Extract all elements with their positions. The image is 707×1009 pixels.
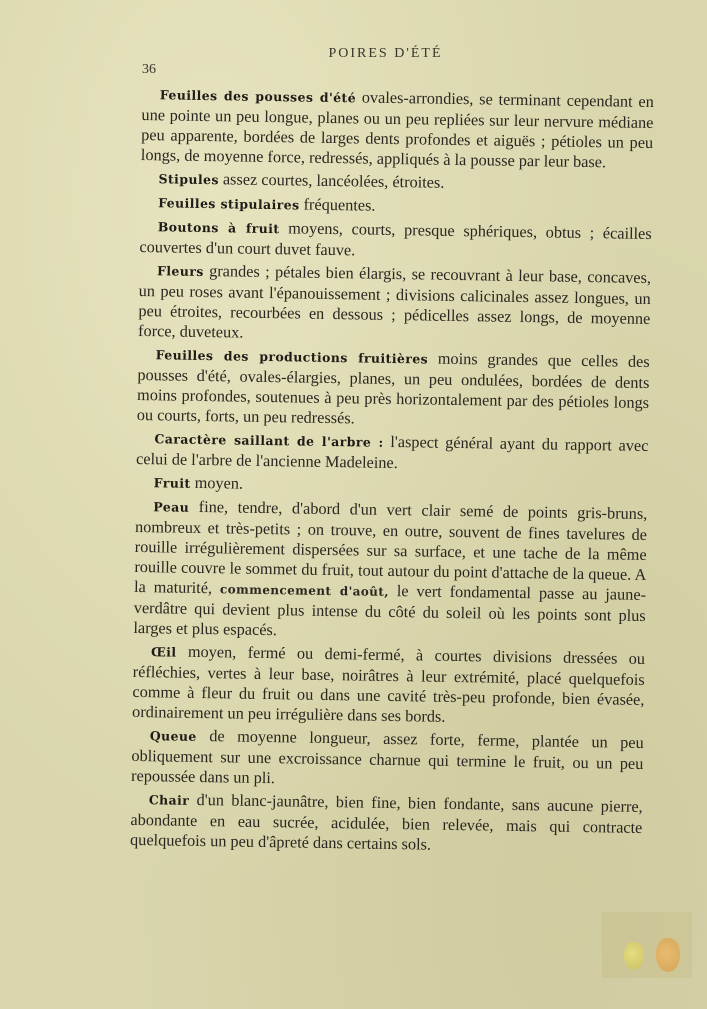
paragraph-text: fréquentes. [299,194,375,214]
paragraph-text: moyen, fermé ou demi-fermé, à courtes di… [132,642,645,726]
paragraph-feuilles-pousses: Feuilles des pousses d'été ovales-arrond… [141,84,654,173]
paragraph-boutons: Boutons à fruit moyens, courts, presque … [139,216,652,265]
emphasis-date: commencement d'août, [220,582,389,599]
term-label: Peau [153,499,189,515]
paragraph-text: moyen. [190,473,243,493]
scanned-book-page: POIRES D'ÉTÉ 36 Feuilles des pousses d'é… [0,0,707,1009]
paragraph-text: grandes ; pétales bien élargis, se recou… [138,261,651,342]
term-label: Fleurs [157,263,204,279]
page-body: Feuilles des pousses d'été ovales-arrond… [130,84,654,861]
paragraph-feuilles-productions: Feuilles des productions fruitières moin… [137,344,650,433]
term-label: Œil [151,644,177,659]
term-label: Boutons à fruit [158,219,280,236]
term-label: Caractère saillant de l'arbre : [154,431,383,450]
term-label: Queue [150,728,197,744]
term-label: Stipules [158,171,219,187]
page-number: 36 [142,62,156,78]
term-label: Feuilles stipulaires [158,195,300,212]
paragraph-text: de moyenne longueur, assez forte, ferme,… [131,726,644,787]
term-label: Chair [149,792,190,808]
paragraph-queue: Queue de moyenne longueur, assez forte, … [131,725,644,794]
term-label: Feuilles des pousses d'été [160,87,356,105]
paragraph-oeil: Œil moyen, fermé ou demi-fermé, à courte… [132,641,645,730]
paragraph-peau: Peau fine, tendre, d'abord d'un vert cla… [133,496,647,646]
running-title: POIRES D'ÉTÉ [0,46,707,62]
faded-fruit-image [602,912,692,978]
pear-shape-icon [624,942,644,970]
paragraph-text: assez courtes, lancéolées, étroites. [219,169,445,192]
pear-shape-icon [656,938,680,972]
paragraph-chair: Chair d'un blanc-jaunâtre, bien fine, bi… [130,789,643,858]
paragraph-text: d'un blanc-jaunâtre, bien fine, bien fon… [130,790,643,854]
term-label: Fruit [154,475,191,491]
paragraph-caractere: Caractère saillant de l'arbre : l'aspect… [136,428,649,477]
paragraph-fleurs: Fleurs grandes ; pétales bien élargis, s… [138,260,651,349]
term-label: Feuilles des productions fruitières [156,347,429,366]
